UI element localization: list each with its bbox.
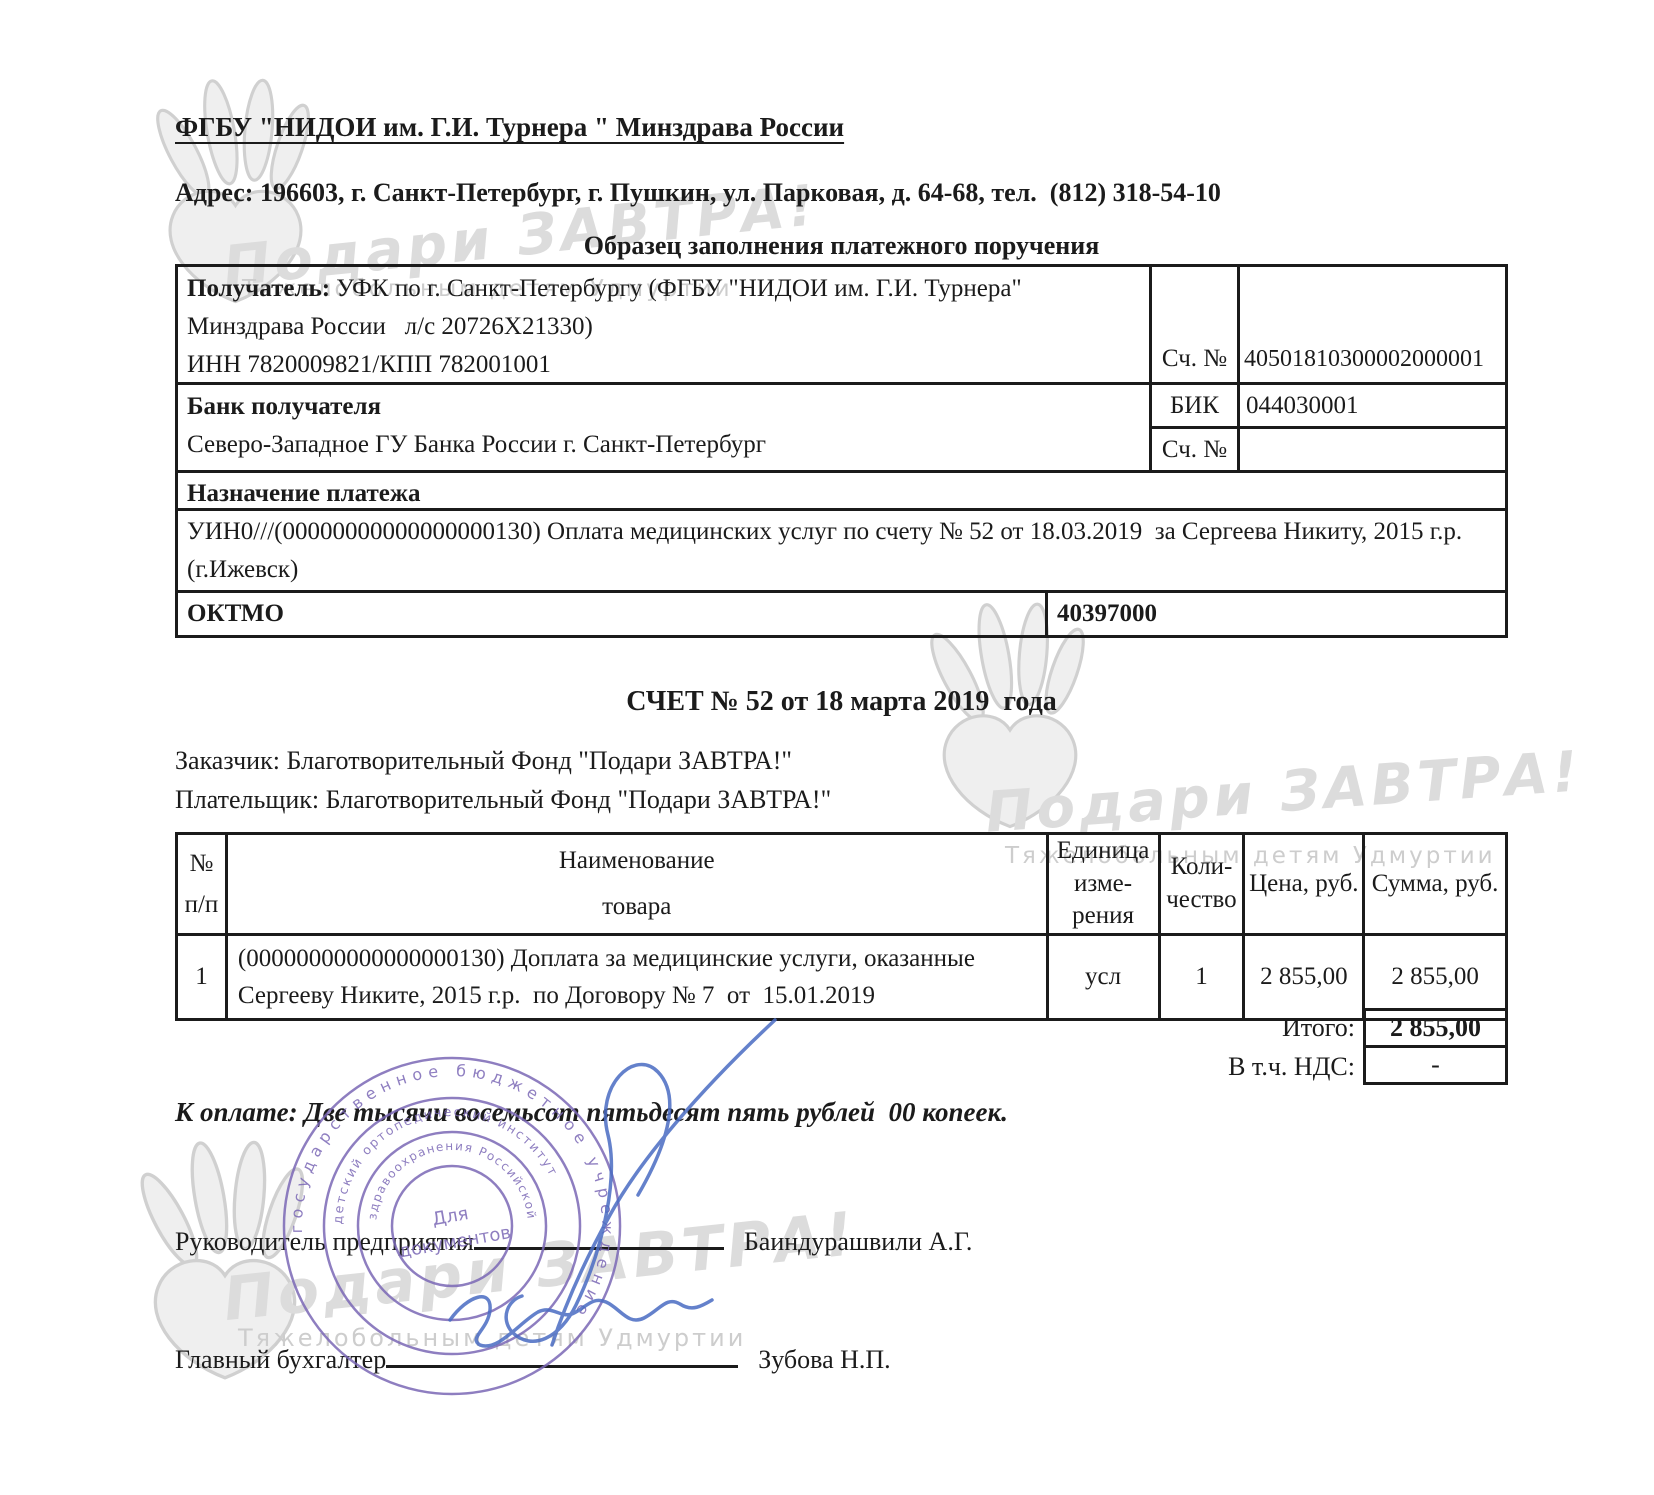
director-signature-stroke [552, 1020, 775, 1345]
recipient-line2: Минздрава России л/с 20726X21330) [187, 308, 1140, 346]
item-sum: 2 855,00 [1364, 934, 1507, 1019]
item-unit: усл [1047, 934, 1159, 1019]
corr-account-row: Сч. № [1149, 429, 1505, 470]
accountant-signature-stroke [450, 1297, 712, 1346]
payment-order-title: Образец заполнения платежного поручения [175, 231, 1508, 261]
col-header-name: Наименование товара [226, 834, 1047, 935]
bik-value: 044030001 [1237, 385, 1505, 426]
vat-label: В т.ч. НДС: [1100, 1052, 1355, 1082]
col-header-price: Цена, руб. [1244, 834, 1364, 935]
organization-address: Адрес: 196603, г. Санкт-Петербург, г. Пу… [175, 178, 1221, 208]
oktmo-row: ОКТМО 40397000 [178, 593, 1505, 635]
col-header-num: № п/п [177, 834, 227, 935]
account-number: 40501810300002000001 [1237, 267, 1505, 382]
vat-value: - [1363, 1045, 1508, 1085]
invoice-title: СЧЕТ № 52 от 18 марта 2019 года [175, 686, 1508, 718]
oktmo-value: 40397000 [1045, 593, 1505, 635]
customer-line: Заказчик: Благотворительный Фонд "Подари… [175, 746, 792, 776]
purpose-label: Назначение платежа [178, 473, 430, 508]
bank-row: Банк получателя Северо-Западное ГУ Банка… [178, 385, 1505, 473]
col-header-sum: Сумма, руб. [1364, 834, 1507, 935]
items-header-row: № п/п Наименование товара Единица изме- … [177, 834, 1507, 935]
purpose-text: УИН0///(00000000000000000130) Оплата мед… [178, 511, 1471, 590]
purpose-text-row: УИН0///(00000000000000000130) Оплата мед… [178, 511, 1505, 593]
recipient-line3: ИНН 7820009821/КПП 782001001 [187, 346, 1140, 384]
recipient-label: Получатель: [187, 275, 330, 302]
bank-name: Северо-Западное ГУ Банка России г. Санкт… [187, 426, 1140, 464]
account-label: Сч. № [1149, 267, 1237, 382]
bik-row: БИК 044030001 [1149, 385, 1505, 429]
recipient-cell: Получатель: УФК по г. Санкт-Петербургу (… [178, 267, 1149, 382]
purpose-header-row: Назначение платежа [178, 473, 1505, 511]
col-header-qty: Коли- чество [1159, 834, 1244, 935]
total-value: 2 855,00 [1363, 1008, 1508, 1048]
payment-order-table: Получатель: УФК по г. Санкт-Петербургу (… [175, 264, 1508, 638]
scanned-invoice-document: Подари ЗАВТРА! Тяжелобольным детям Удмур… [0, 0, 1654, 1495]
bank-codes: БИК 044030001 Сч. № [1149, 385, 1505, 470]
payer-line: Плательщик: Благотворительный Фонд "Пода… [175, 785, 831, 815]
recipient-line1: Получатель: УФК по г. Санкт-Петербургу (… [187, 270, 1140, 308]
corr-account-value [1237, 429, 1505, 470]
bank-cell: Банк получателя Северо-Западное ГУ Банка… [178, 385, 1149, 470]
item-num: 1 [177, 934, 227, 1019]
total-label: Итого: [1100, 1013, 1355, 1043]
col-header-unit: Единица изме- рения [1047, 834, 1159, 935]
oktmo-label: ОКТМО [178, 593, 1045, 635]
recipient-row: Получатель: УФК по г. Санкт-Петербургу (… [178, 267, 1505, 385]
bank-label: Банк получателя [187, 388, 1140, 426]
item-price: 2 855,00 [1244, 934, 1364, 1019]
director-signature-loop [506, 1065, 670, 1342]
corr-account-label: Сч. № [1149, 429, 1237, 470]
recipient-value: УФК по г. Санкт-Петербургу (ФГБУ "НИДОИ … [330, 275, 1022, 302]
handwritten-signatures [380, 1000, 830, 1400]
item-qty: 1 [1159, 934, 1244, 1019]
item-row: 1 (00000000000000000130) Доплата за меди… [177, 934, 1507, 1019]
items-table: № п/п Наименование товара Единица изме- … [175, 832, 1508, 1021]
organization-name: ФГБУ "НИДОИ им. Г.И. Турнера " Минздрава… [175, 112, 844, 143]
bik-label: БИК [1149, 385, 1237, 426]
